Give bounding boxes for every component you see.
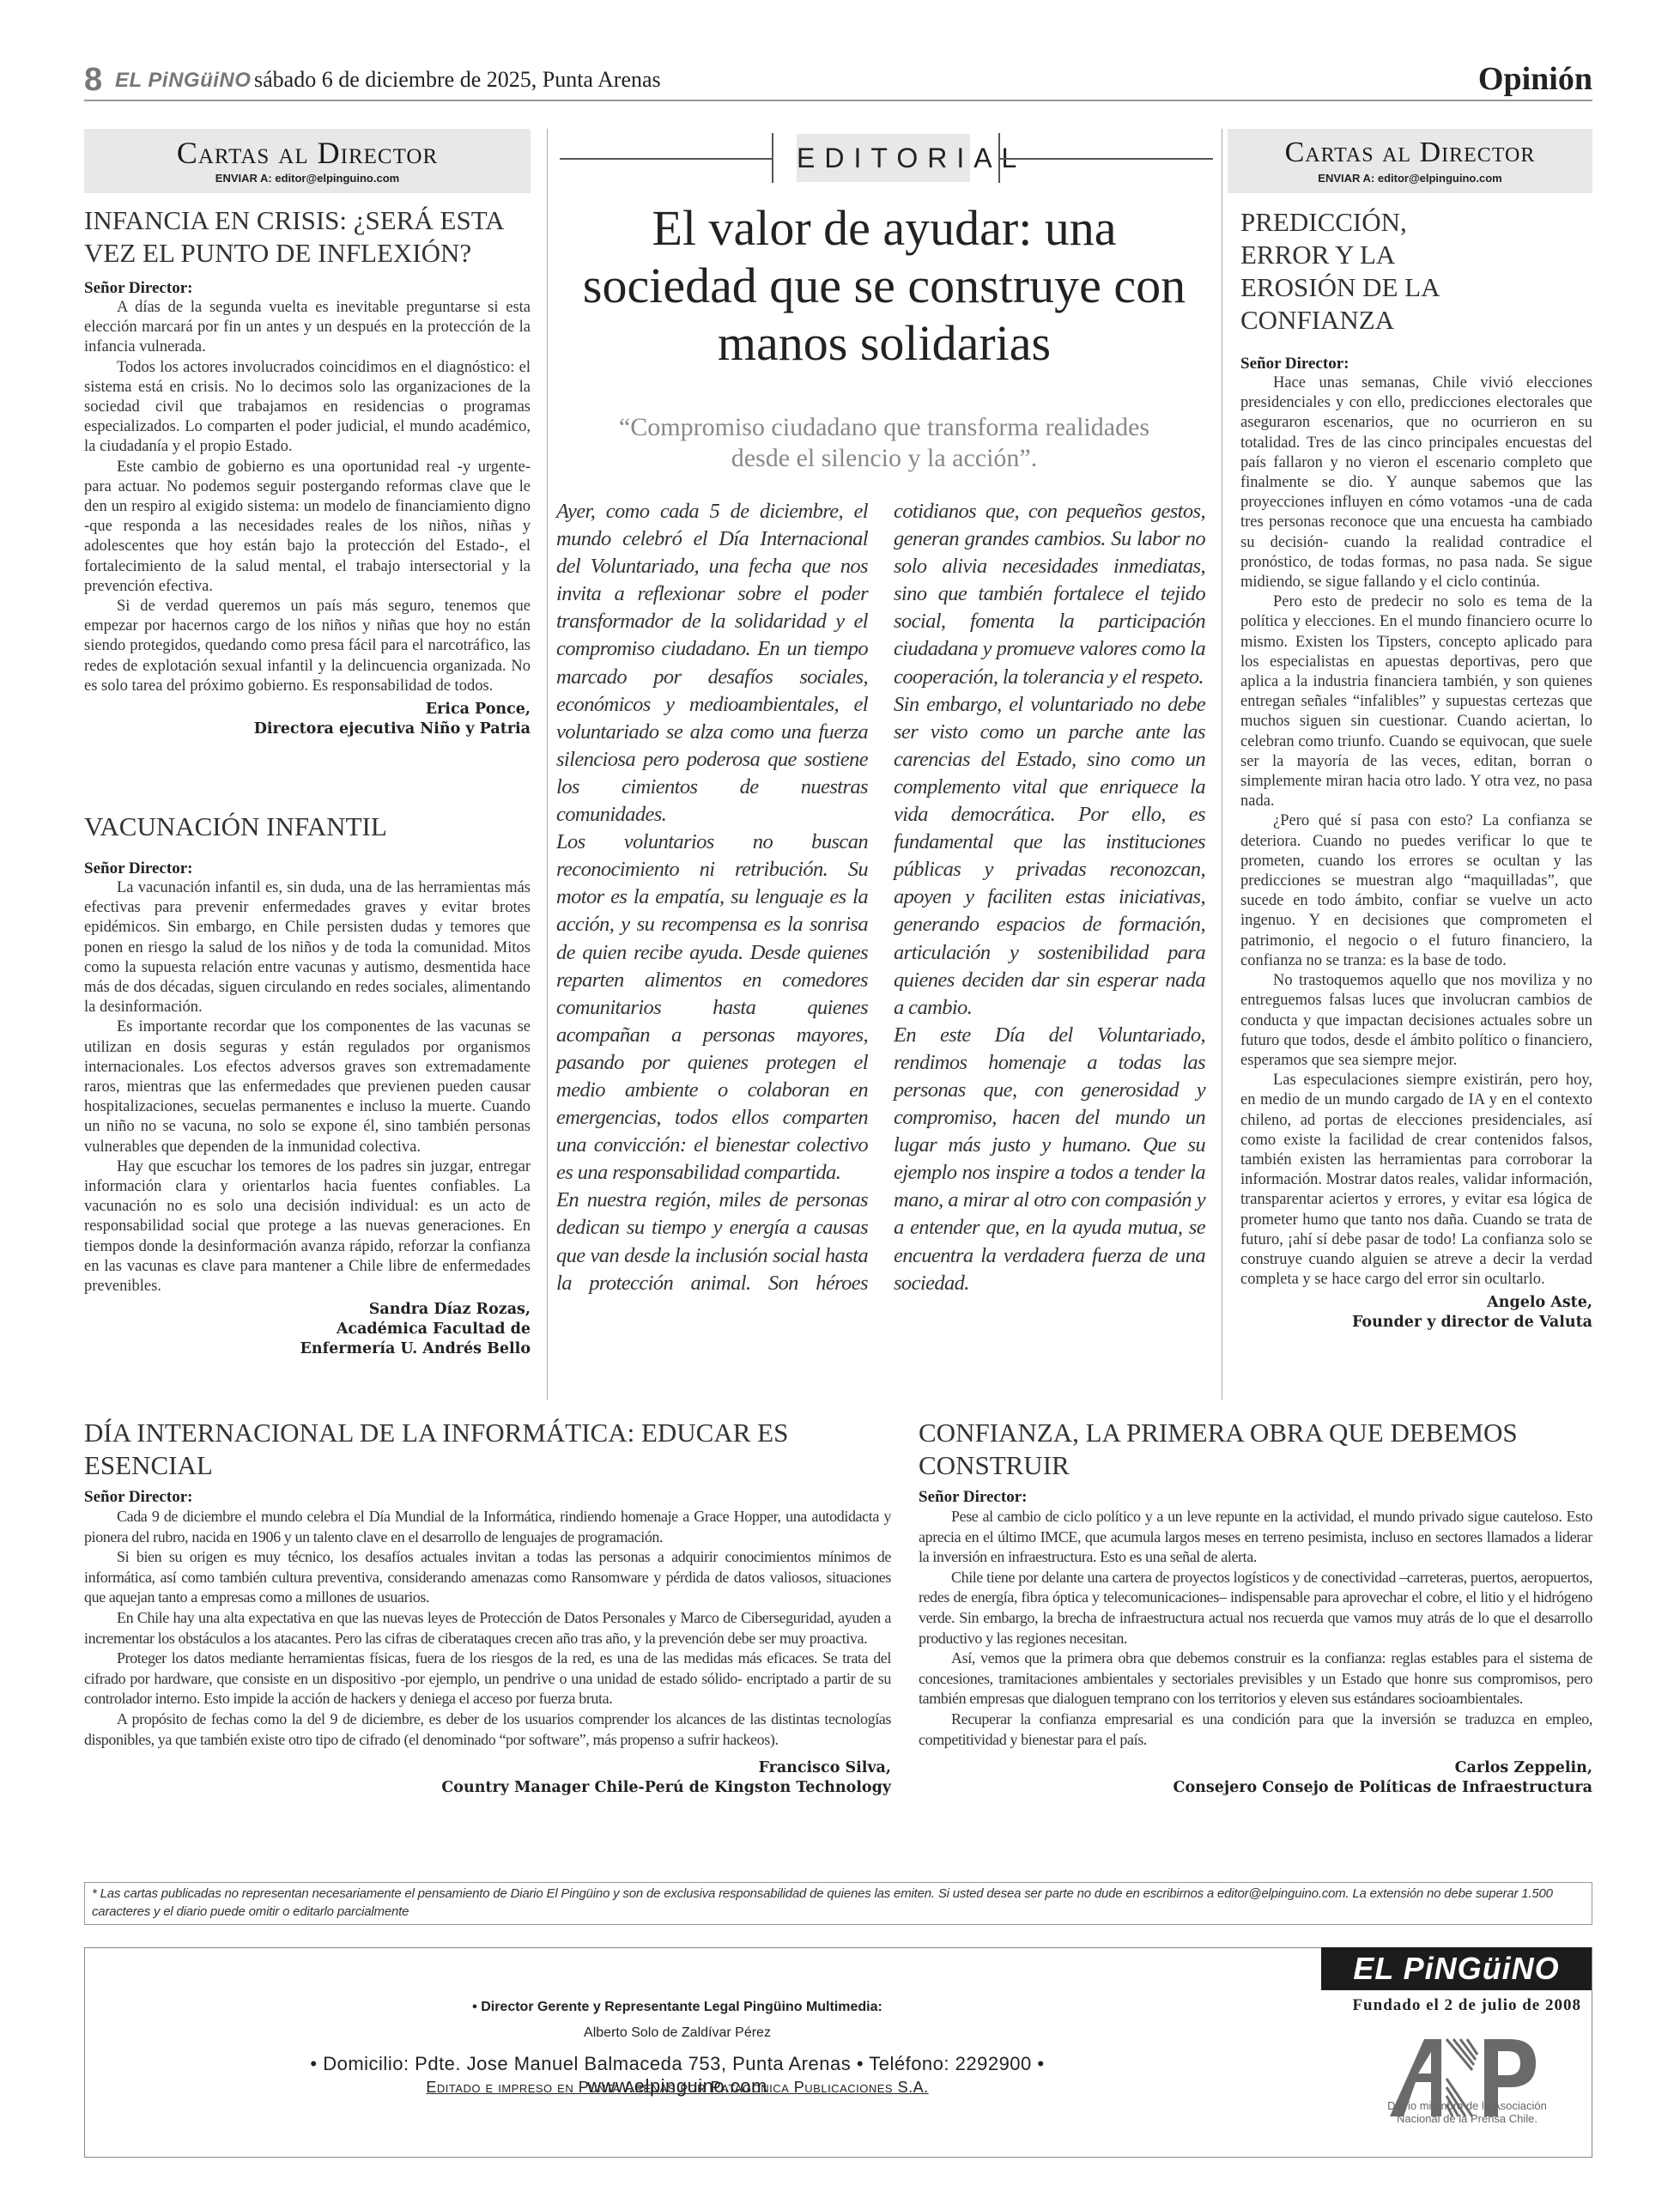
editorial-label: EDITORIAL [797, 134, 970, 182]
editorial-rule-left [560, 158, 773, 160]
letter-headline: PREDICCIÓN, ERROR Y LA EROSIÓN DE LA CON… [1240, 206, 1464, 337]
signature: Francisco Silva, Country Manager Chile-P… [84, 1758, 891, 1798]
letter-body: Pese al cambio de ciclo político y a un … [919, 1507, 1592, 1750]
letter-infancia: INFANCIA EN CRISIS: ¿SERÁ ESTA VEZ EL PU… [84, 204, 531, 739]
section-title: Opinión [1478, 60, 1592, 98]
printed-by-line: Editado e impreso en Punta Arenas por Pa… [222, 2079, 1132, 2097]
paragraph: Los voluntarios no buscan reconocimiento… [556, 829, 868, 1187]
paragraph: Proteger los datos mediante herramientas… [84, 1648, 891, 1709]
paragraph: Las especulaciones siempre existirán, pe… [1240, 1071, 1592, 1290]
director-label: • Director Gerente y Representante Legal… [222, 2000, 1132, 2015]
letter-body: La vacunación infantil es, sin duda, una… [84, 878, 531, 1296]
date-line: sábado 6 de diciembre de 2025, Punta Are… [254, 67, 661, 93]
paragraph: A días de la segunda vuelta es inevitabl… [84, 298, 531, 358]
editorial-headline-wrap: El valor de ayudar: una sociedad que se … [567, 199, 1202, 372]
signature-title: Country Manager Chile-Perú de Kingston T… [84, 1778, 891, 1798]
editorial-rule-tick [772, 133, 773, 183]
cartas-title: Cartas al Director [84, 129, 531, 170]
letter-prediccion: PREDICCIÓN, ERROR Y LA EROSIÓN DE LA CON… [1240, 206, 1592, 1333]
editorial-quote-wrap: “Compromiso ciudadano que transforma rea… [592, 412, 1176, 474]
paragraph: No trastoquemos aquello que nos moviliza… [1240, 971, 1592, 1071]
director-name: Alberto Solo de Zaldívar Pérez [222, 2025, 1132, 2041]
signature-name: Erica Ponce, [84, 700, 531, 720]
paragraph: Hace unas semanas, Chile vivió eleccione… [1240, 373, 1592, 592]
cartas-al-director-box: Cartas al Director ENVIAR A: editor@elpi… [84, 129, 531, 193]
column-divider [1222, 129, 1222, 1400]
signature-name: Angelo Aste, [1240, 1293, 1592, 1313]
editorial-headline: El valor de ayudar: una sociedad que se … [567, 199, 1202, 372]
paragraph: Hay que escuchar los temores de los padr… [84, 1157, 531, 1296]
signature-name: Sandra Díaz Rozas, [84, 1300, 531, 1320]
letter-body: Hace unas semanas, Chile vivió eleccione… [1240, 373, 1592, 1290]
paragraph: Recuperar la confianza empresarial es un… [919, 1709, 1592, 1750]
signature-title: Founder y director de Valuta [1240, 1313, 1592, 1333]
cartas-al-director-box: Cartas al Director ENVIAR A: editor@elpi… [1228, 129, 1592, 193]
paragraph: Es importante recordar que los component… [84, 1017, 531, 1157]
signature: Sandra Díaz Rozas, Académica Facultad de… [84, 1300, 531, 1359]
editorial-body: Ayer, como cada 5 de diciembre, el mundo… [556, 498, 1205, 1391]
paragraph: ¿Pero qué sí pasa con esto? La confianza… [1240, 811, 1592, 971]
signature: Carlos Zeppelin, Consejero Consejo de Po… [919, 1758, 1592, 1798]
paragraph: Este cambio de gobierno es una oportunid… [84, 458, 531, 597]
signature-title: Enfermería U. Andrés Bello [84, 1339, 531, 1359]
paragraph: A propósito de fechas como la del 9 de d… [84, 1709, 891, 1750]
salutation: Señor Director: [919, 1487, 1592, 1507]
salutation: Señor Director: [84, 859, 531, 878]
cartas-title: Cartas al Director [1228, 129, 1592, 170]
el-pinguino-logo: EL PiNGüiNO [1321, 1947, 1592, 1990]
column-divider [547, 129, 548, 1400]
send-to-email: ENVIAR A: editor@elpinguino.com [84, 172, 531, 185]
signature-title: Académica Facultad de [84, 1320, 531, 1339]
paragraph: En Chile hay una alta expectativa en que… [84, 1608, 891, 1648]
anp-caption-line: Diario miembro de la Asociación [1368, 2099, 1566, 2112]
salutation: Señor Director: [84, 1487, 891, 1507]
founded-date: Fundado el 2 de julio de 2008 [1352, 1996, 1581, 2015]
paragraph: Si bien su origen es muy técnico, los de… [84, 1547, 891, 1608]
paragraph: Si de verdad queremos un país más seguro… [84, 597, 531, 696]
anp-caption-line: Nacional de la Prensa Chile. [1368, 2112, 1566, 2125]
paragraph: La vacunación infantil es, sin duda, una… [84, 878, 531, 1017]
paragraph: En este Día del Voluntariado, rendimos h… [894, 1022, 1205, 1297]
footer-credits-box: • Director Gerente y Representante Legal… [84, 1947, 1592, 2158]
letters-disclaimer: * Las cartas publicadas no representan n… [84, 1882, 1592, 1925]
page-number: 8 [84, 62, 102, 99]
letter-confianza: CONFIANZA, LA PRIMERA OBRA QUE DEBEMOS C… [919, 1417, 1592, 1798]
letter-headline: INFANCIA EN CRISIS: ¿SERÁ ESTA VEZ EL PU… [84, 204, 531, 270]
letter-body: Cada 9 de diciembre el mundo celebra el … [84, 1507, 891, 1750]
signature: Erica Ponce, Directora ejecutiva Niño y … [84, 700, 531, 739]
paragraph: Pero esto de predecir no solo es tema de… [1240, 592, 1592, 811]
page-header: 8 EL PiNGüiNO sábado 6 de diciembre de 2… [84, 62, 1592, 101]
signature-name: Carlos Zeppelin, [919, 1758, 1592, 1778]
letter-body: A días de la segunda vuelta es inevitabl… [84, 298, 531, 696]
send-to-email: ENVIAR A: editor@elpinguino.com [1228, 172, 1592, 185]
salutation: Señor Director: [1240, 354, 1592, 373]
newspaper-logo: EL PiNGüiNO [115, 69, 251, 93]
signature-name: Francisco Silva, [84, 1758, 891, 1778]
editorial-rule-right [1000, 158, 1213, 160]
signature-title: Directora ejecutiva Niño y Patria [84, 720, 531, 739]
paragraph: Sin embargo, el voluntariado no debe ser… [894, 691, 1205, 1022]
letter-informatica: DÍA INTERNACIONAL DE LA INFORMÁTICA: EDU… [84, 1417, 891, 1798]
paragraph: Chile tiene por delante una cartera de p… [919, 1568, 1592, 1648]
letter-vacunacion: VACUNACIÓN INFANTIL Señor Director: La v… [84, 811, 531, 1359]
letter-headline: VACUNACIÓN INFANTIL [84, 811, 531, 843]
signature: Angelo Aste, Founder y director de Valut… [1240, 1293, 1592, 1333]
editorial-pull-quote: “Compromiso ciudadano que transforma rea… [592, 412, 1176, 474]
paragraph: Todos los actores involucrados coincidim… [84, 358, 531, 458]
paragraph: Así, vemos que la primera obra que debem… [919, 1648, 1592, 1709]
paragraph: Cada 9 de diciembre el mundo celebra el … [84, 1507, 891, 1547]
signature-title: Consejero Consejo de Políticas de Infrae… [919, 1778, 1592, 1798]
paragraph: Pese al cambio de ciclo político y a un … [919, 1507, 1592, 1568]
letter-headline: CONFIANZA, LA PRIMERA OBRA QUE DEBEMOS C… [919, 1417, 1592, 1482]
anp-caption: Diario miembro de la Asociación Nacional… [1368, 2099, 1566, 2125]
paragraph: Ayer, como cada 5 de diciembre, el mundo… [556, 498, 868, 829]
letter-headline: DÍA INTERNACIONAL DE LA INFORMÁTICA: EDU… [84, 1417, 891, 1482]
salutation: Señor Director: [84, 278, 531, 298]
